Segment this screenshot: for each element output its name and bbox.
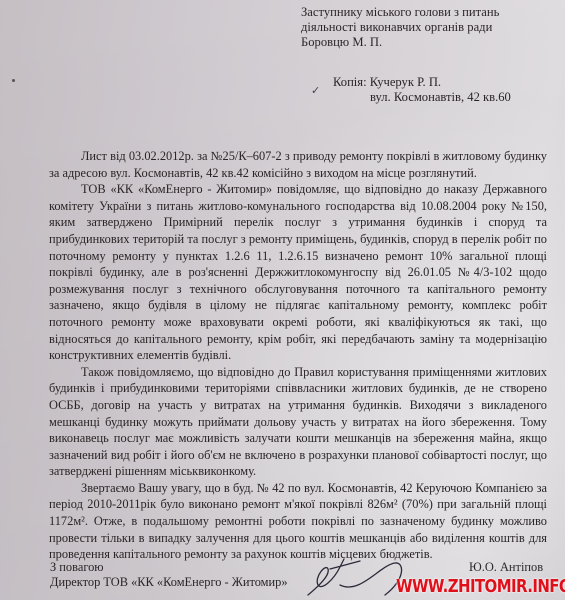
addressee-block: Заступнику міського голови з питань діял… — [301, 5, 561, 50]
closing-position: Директор ТОВ «КК «КомЕнерго - Житомир» — [50, 575, 288, 590]
copy-recipient-block: Копія: Кучерук Р. П. вул. Космонавтів, 4… — [333, 75, 511, 105]
addressee-line: Заступнику міського голови з питань — [301, 5, 561, 20]
paragraph-regulation: ТОВ «КК «КомЕнерго - Житомир» повідомляє… — [49, 181, 547, 364]
paragraph-reference: Лист від 03.02.2012р. за №25/К–607-2 з п… — [49, 148, 547, 181]
closing-block: З повагою Директор ТОВ «КК «КомЕнерго - … — [50, 560, 288, 590]
letter-body: Лист від 03.02.2012р. за №25/К–607-2 з п… — [49, 148, 547, 563]
paragraph-attention: Звертаємо Вашу увагу, що в буд. № 42 по … — [49, 480, 547, 563]
addressee-line: діяльності виконавчих органів ради — [301, 20, 561, 35]
check-mark-icon: ✓ — [311, 84, 320, 97]
signer-name: Ю.О. Антіпов — [469, 560, 543, 575]
addressee-line: Боровцю М. П. — [301, 35, 561, 50]
copy-address: вул. Космонавтів, 42 кв.60 — [333, 90, 511, 105]
closing-regards: З повагою — [50, 560, 288, 575]
paper-speck — [12, 79, 15, 82]
site-watermark: WWW.ZHITOMIR.INFO — [396, 575, 565, 597]
paragraph-rules: Також повідомляємо, що відповідно до Пра… — [49, 364, 547, 480]
signature-icon — [300, 555, 410, 600]
copy-label: Копія: Кучерук Р. П. — [333, 75, 441, 89]
